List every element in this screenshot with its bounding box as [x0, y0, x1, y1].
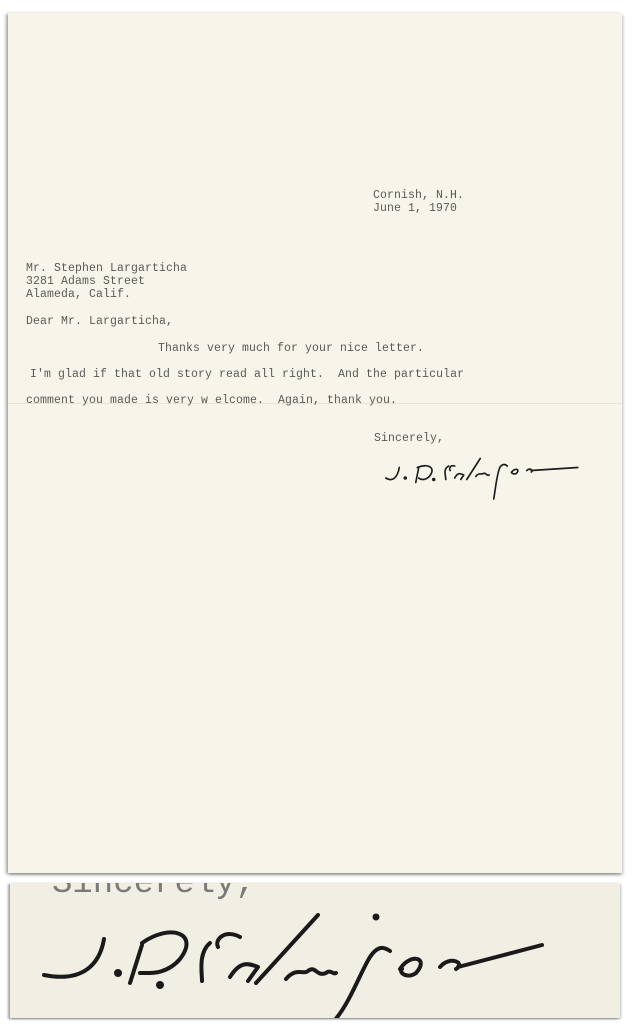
recipient-name: Mr. Stephen Largarticha	[26, 262, 187, 275]
body-line-3: comment you made is very w elcome. Again…	[26, 394, 397, 407]
body-line-1: Thanks very much for your nice letter.	[158, 342, 424, 355]
recipient-city: Alameda, Calif.	[26, 288, 131, 301]
body-line-2: I'm glad if that old story read all righ…	[30, 368, 464, 381]
salutation: Dear Mr. Largarticha,	[26, 315, 173, 328]
signature-detail-panel: Sincerely,	[10, 883, 620, 1018]
signature-large	[30, 893, 620, 1018]
letter-page: Cornish, N.H. June 1, 1970 Mr. Stephen L…	[8, 13, 622, 873]
letter-date: June 1, 1970	[373, 202, 457, 215]
letter-place: Cornish, N.H.	[373, 189, 464, 202]
signature-small	[364, 445, 604, 505]
recipient-street: 3281 Adams Street	[26, 275, 145, 288]
closing: Sincerely,	[374, 432, 444, 445]
